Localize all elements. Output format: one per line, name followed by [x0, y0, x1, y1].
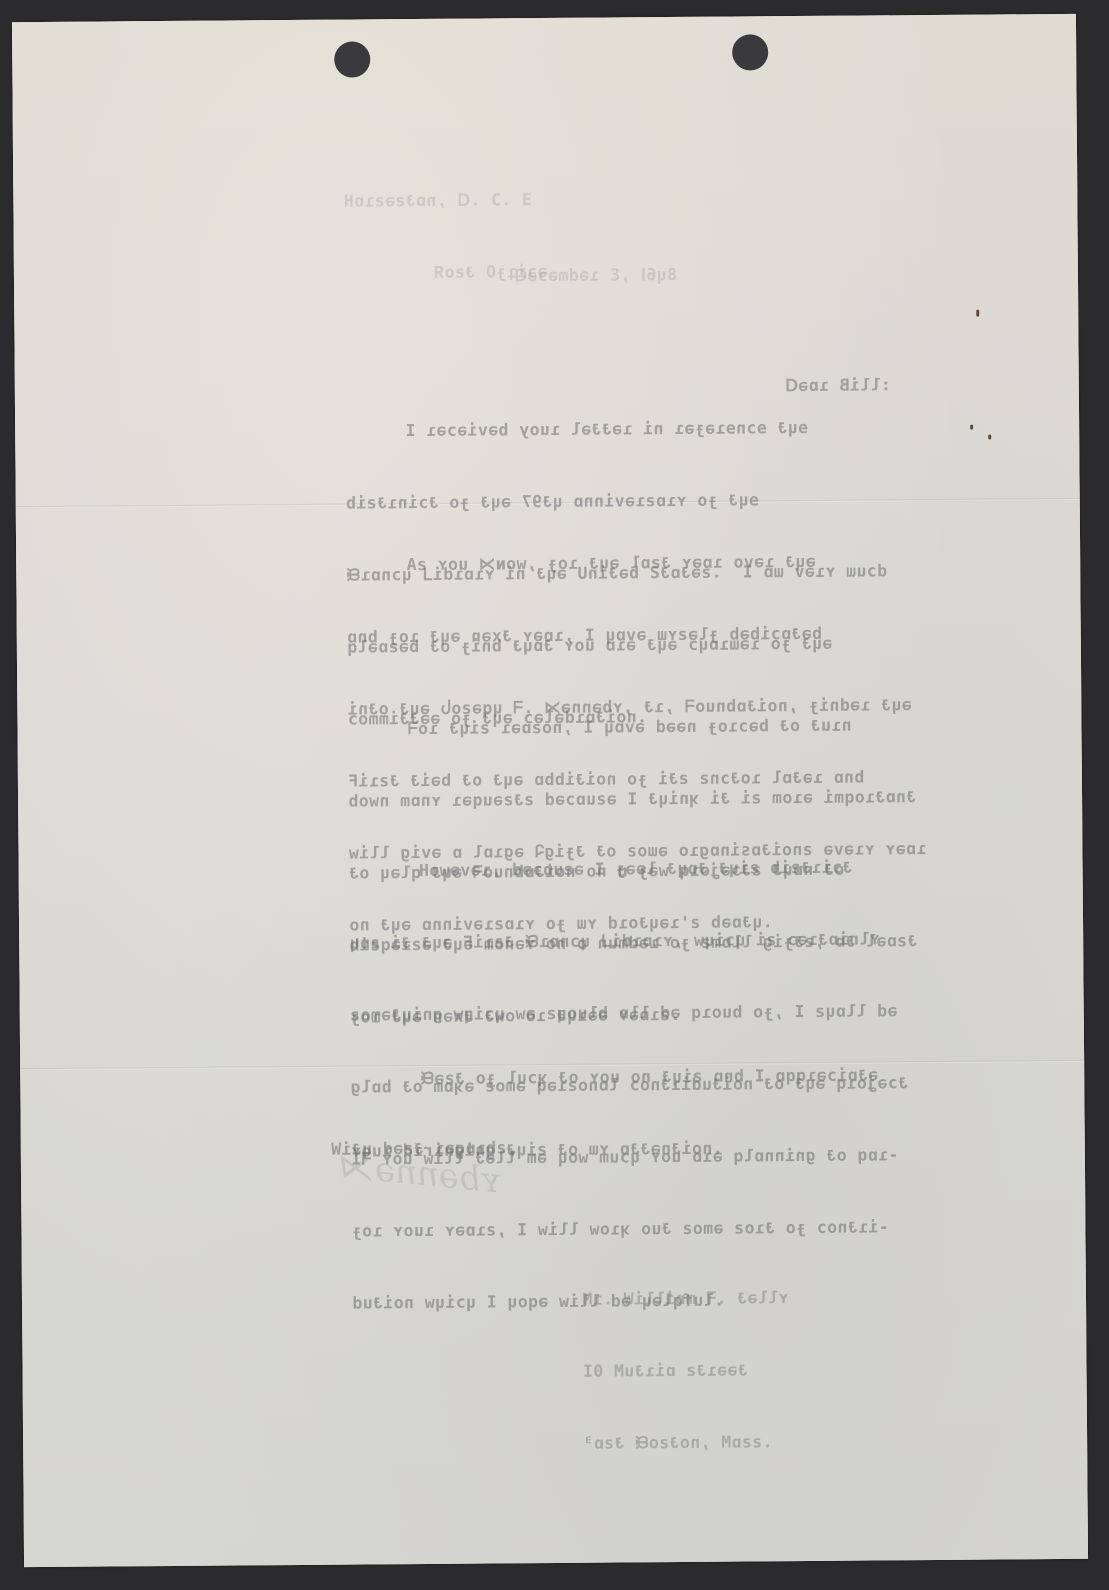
- text-line: ɈɔiɿɈƨib ƨiɥɈ ɈɒɥɈ lǝǝɟ I ǝƨuɒɔǝd ,ɿǝvǝw…: [349, 855, 989, 884]
- text-line: nɿuɈ oɈ bǝɔɿoɟ nǝǝd ǝvɒɥ I ,noƨɒǝɿ ƨiɥɈ …: [347, 713, 967, 742]
- punch-hole-left: [334, 41, 370, 77]
- text-line: ǝɥɈ ɿǝvo ɿɒǝʏ Ɉƨɒl ǝɥɈ ɿoɟ ,woɴ⋊ uoʏ ƨA: [346, 549, 966, 578]
- address-line: .ƨƨɒM ,noɈƨoᙠ Ɉƨɒᴲ: [583, 1429, 923, 1456]
- date-bleed: 8ɥ6Ⅰ ,Ɛ ɿǝdmǝɔǝᗡ: [513, 214, 844, 337]
- ink-speck: [976, 310, 979, 317]
- letter-page-reverse: Ǝ .Ɔ .ᗡ ,nɒɈƨǝƨɿɒH ǝɔiʇɟO ɈƨoЯ 8ɥ6Ⅰ ,Ɛ ɿ…: [12, 14, 1088, 1567]
- letterhead-line: Ǝ .Ɔ .ᗡ ,nɒɈƨǝƨɿɒH: [343, 186, 843, 214]
- address-bleed: ʏllǝɈ .ᖷ mɒilliW .ɿM ɈǝǝɿɈƨ ɒiɿɈuM 0I .ƨ…: [582, 1237, 924, 1504]
- text-line: ɘɥɈ ɘɔnɘɿǝɟǝɿ ni ɿǝɈɈǝl ɿuoy bǝviǝɔǝɿ I: [345, 415, 965, 444]
- punch-hole-right: [732, 34, 768, 70]
- text-line: bǝɈɒɔibǝb ɟlǝƨʏɯ ǝvɒɥ I ,ɿɒǝʏ Ɉxǝn ǝɥɈ ɿ…: [347, 621, 967, 650]
- text-line: ǝɈɒiɔǝɿqqɒ I bnɒ ƨiɥɈ no uoʏ oɈ ʞɔul ɟo …: [350, 1063, 990, 1092]
- ink-speck: [970, 425, 973, 430]
- address-line: ɈǝǝɿɈƨ ɒiɿɈuM 0I: [582, 1357, 922, 1384]
- text-line: ʏlniɒɈɿǝɔ ƨi ɥɔiɥw ,ʏɿɒɿdiᒧ ɥɔnɒɿᙠ ɈƨɿiF…: [349, 927, 989, 956]
- date-line: 8ɥ6Ⅰ ,Ɛ ɿǝdmǝɔǝᗡ: [514, 262, 844, 289]
- ink-speck: [988, 435, 991, 440]
- address-line: ʏllǝɈ .ᖷ mɒilliW .ɿM: [582, 1285, 922, 1312]
